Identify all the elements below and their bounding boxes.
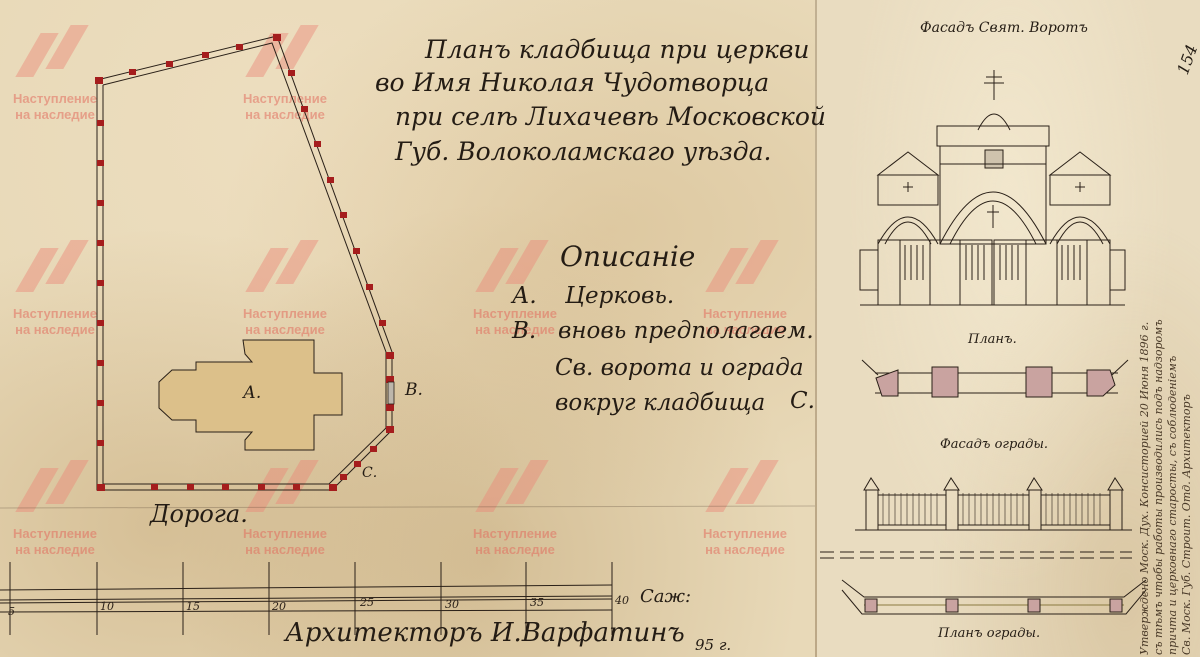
church-label: А.: [243, 383, 261, 403]
plan-title-line: при селѣ Лихачевѣ Московской: [395, 102, 826, 131]
gate-label: В.: [405, 380, 423, 400]
gate-facade-title: Фасадъ Свят. Воротъ: [920, 20, 1088, 36]
legend-key: В.: [512, 318, 536, 344]
fence-plan-drawing: [842, 580, 1146, 614]
scale-tick-label: 35: [530, 596, 544, 609]
legend-text: Св. ворота и ограда: [555, 355, 804, 381]
scale-unit: Саж:: [640, 586, 691, 607]
scale-tick-label: 40: [615, 594, 629, 607]
legend-text: вокруг кладбища: [555, 390, 765, 416]
gate-b-marker: [388, 382, 394, 404]
plan-title-line: Планъ кладбища при церкви: [425, 35, 810, 64]
margin-annotation: Утверждено Моск. Дух. Консисторией 20 Ию…: [1132, 0, 1200, 657]
legend-heading: Описаніе: [560, 240, 695, 273]
gate-plan-drawing: [862, 360, 1128, 397]
legend-key: А.: [512, 283, 537, 309]
scale-tick-label: 15: [186, 600, 200, 613]
plan-title-line: во Имя Николая Чудотворца: [375, 68, 769, 97]
scale-tick-label: 10: [100, 600, 114, 613]
holy-gate-facade-drawing: [860, 70, 1125, 305]
fence-label: С.: [362, 465, 377, 481]
plan-title-line: Губ. Волоколамскаго уѣзда.: [395, 137, 772, 166]
scale-tick-label: 30: [445, 598, 459, 611]
legend-key: С.: [790, 388, 815, 414]
scale-tick-label: 25: [360, 596, 374, 609]
legend-text: Церковь.: [565, 283, 674, 309]
scale-tick-label: 5: [8, 605, 15, 618]
fence-facade-title: Фасадъ ограды.: [940, 437, 1048, 452]
gate-plan-title: Планъ.: [968, 332, 1017, 347]
road-label: Дорога.: [150, 500, 248, 528]
fence-plan-title: Планъ ограды.: [938, 626, 1040, 641]
scale-tick-label: 20: [272, 600, 286, 613]
year-note: 95 г.: [695, 636, 731, 654]
legend-text: вновь предполагаем.: [558, 318, 814, 344]
fence-pickets: [883, 493, 1100, 525]
fence-facade-drawing: [855, 478, 1132, 530]
architect-signature: Архитекторъ И.Варфатинъ: [285, 618, 685, 648]
